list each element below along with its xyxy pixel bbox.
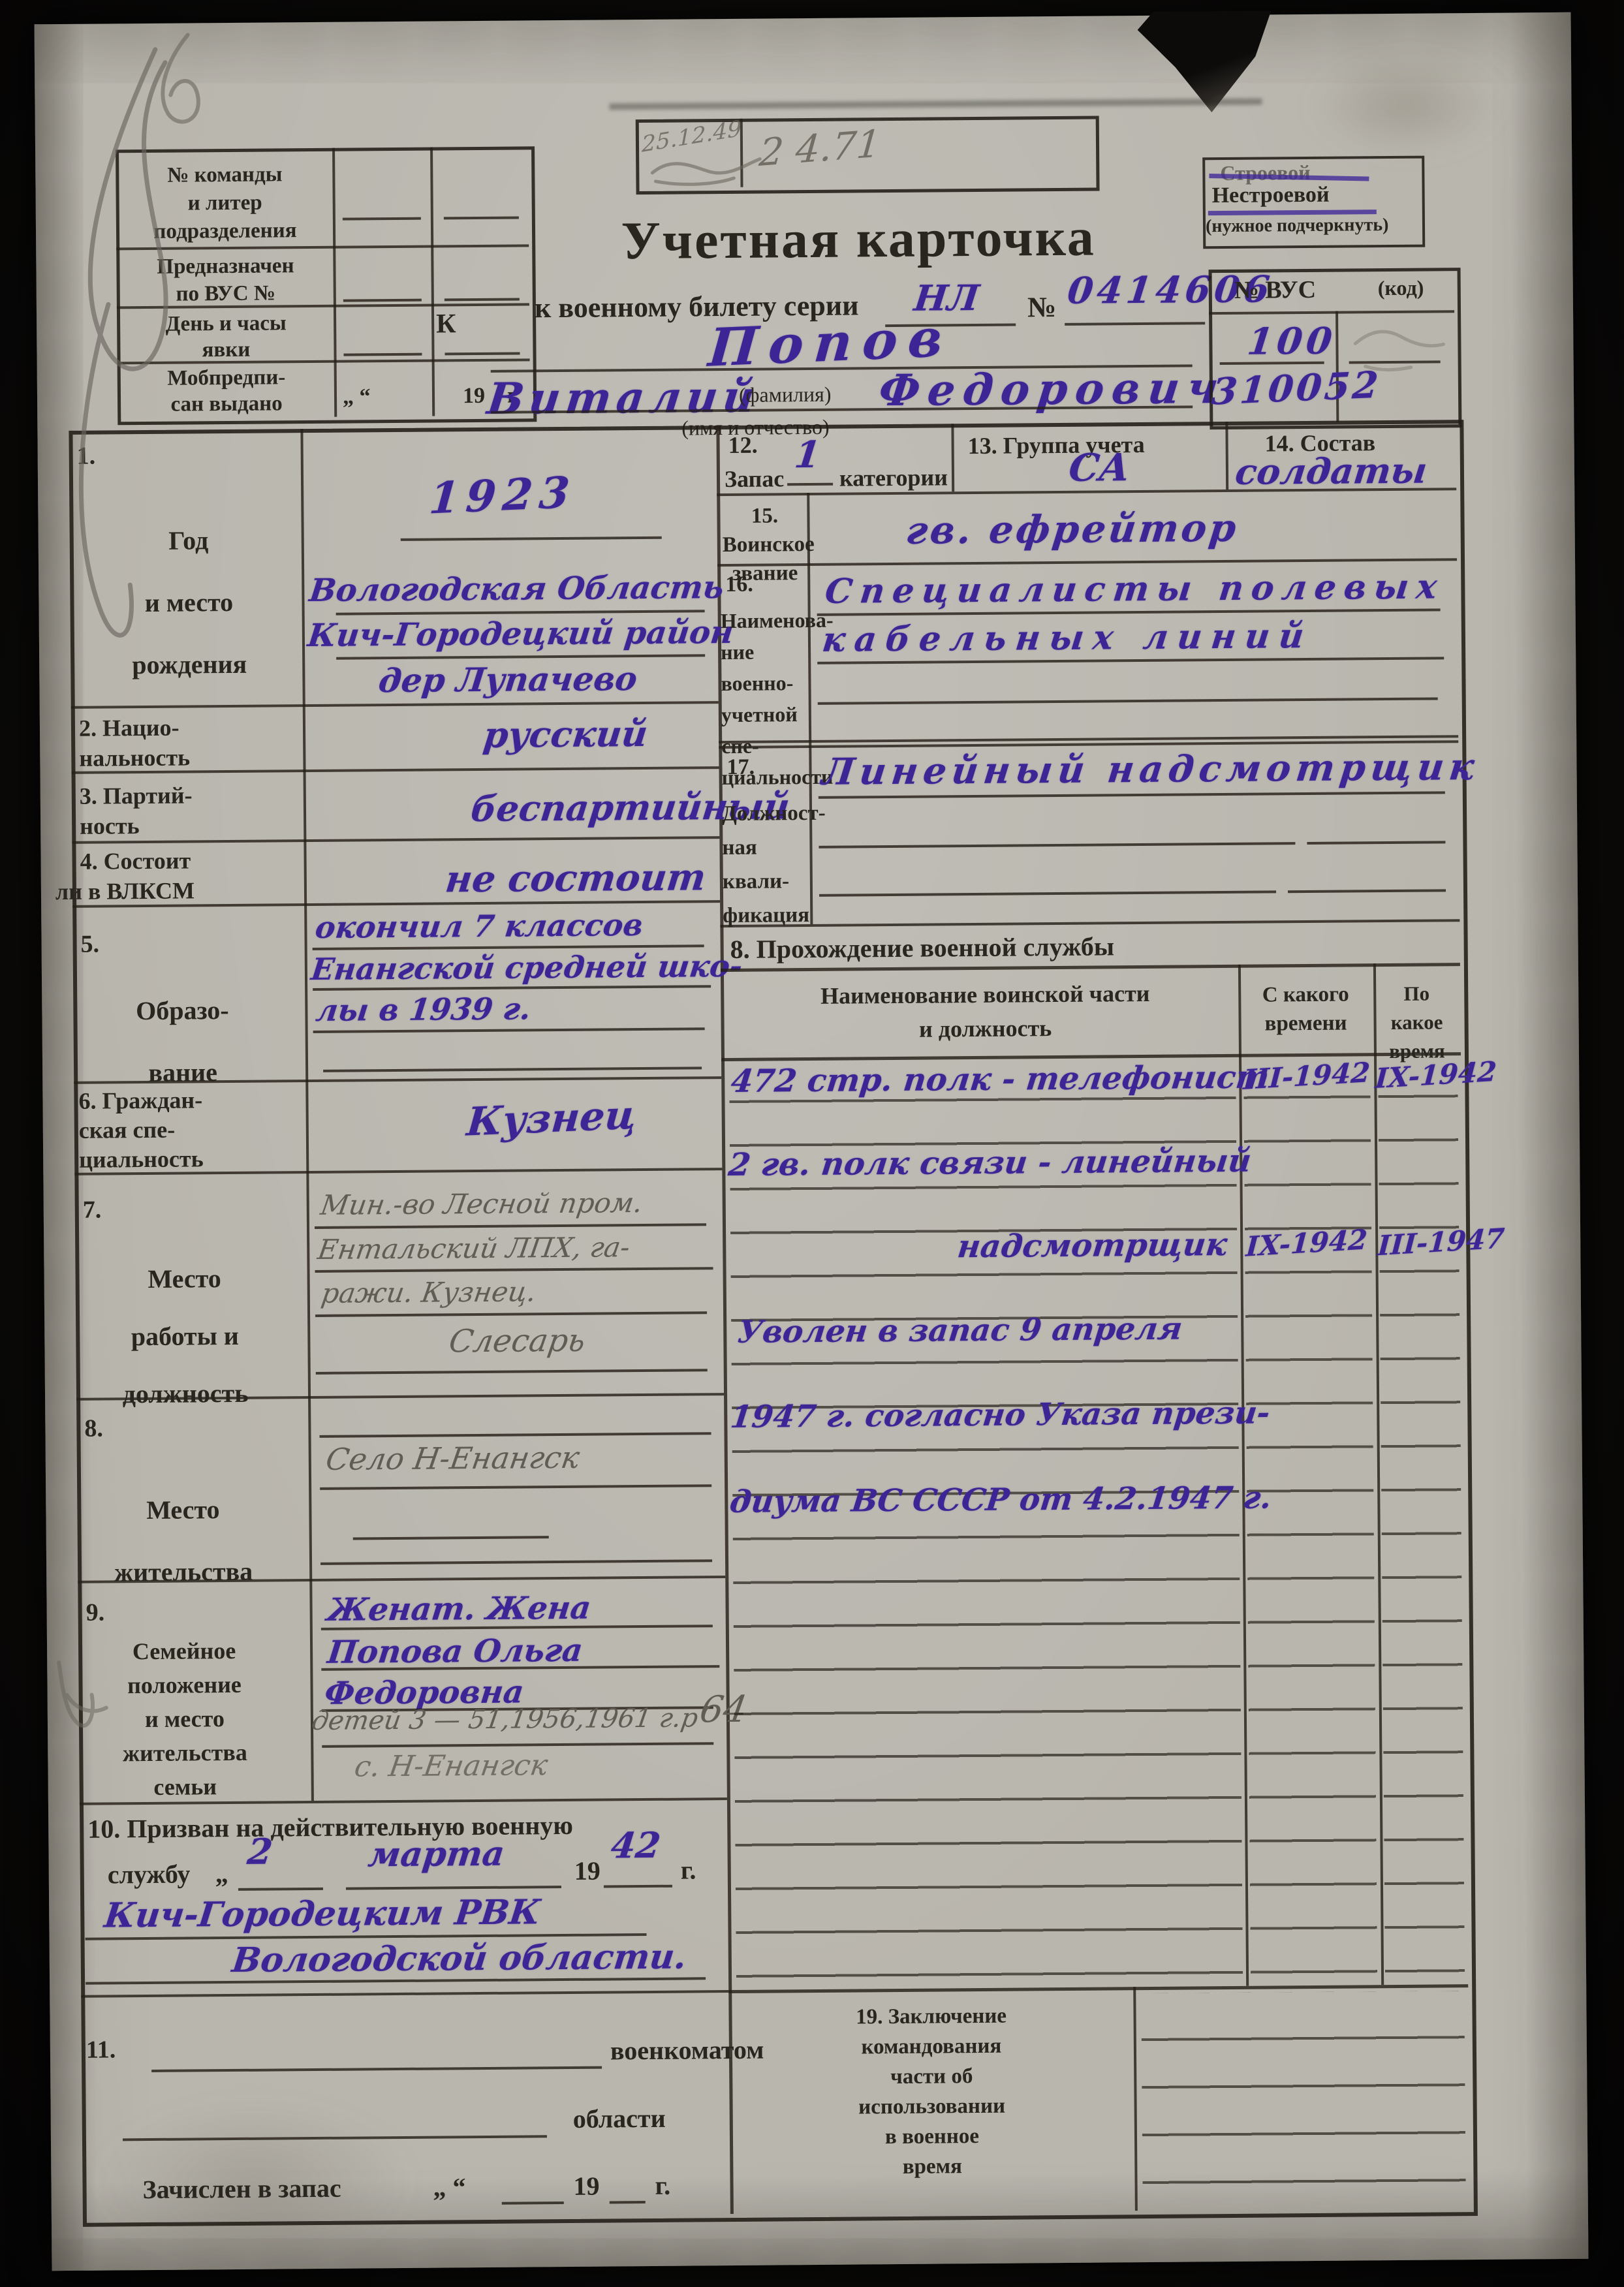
- ruled-line: [502, 2201, 564, 2205]
- s1-region: Вологодская Область: [307, 569, 726, 609]
- s1-label: Год и место рождения: [90, 508, 287, 696]
- s4-label-line1: 4. Состоит: [80, 847, 191, 875]
- s1-village: дер Лупачево: [377, 659, 639, 700]
- s11-g: г.: [655, 2170, 670, 2201]
- dispatch-row-label: № команды и литер подразделения: [120, 161, 330, 247]
- k-mark: К: [436, 308, 456, 339]
- s6-value: Кузнец: [465, 1093, 638, 1145]
- torn-corner: [1137, 10, 1272, 113]
- vus-value-100: 100: [1245, 320, 1338, 364]
- s17-value: Линейный надсмотрщик: [820, 745, 1482, 794]
- s10-g: г.: [681, 1854, 696, 1885]
- service-row-to: III-1947: [1377, 1222, 1505, 1262]
- s7-label: Место работы и должность: [83, 1249, 287, 1423]
- s1-year: 1923: [428, 467, 578, 524]
- s16-ink2: кабельных линий: [820, 616, 1315, 660]
- duty-line-stroyevoi: Строевой: [1220, 161, 1311, 185]
- surname-caption: (фамилия): [739, 382, 832, 407]
- s16-number: 16.: [725, 572, 753, 597]
- s6-label: 6. Граждан- ская спе- циальность: [78, 1085, 204, 1174]
- s12-kategorii: категории: [839, 463, 948, 491]
- s11-quote: „ “: [433, 2171, 465, 2202]
- ruled-area-from-column: [1243, 1054, 1377, 1982]
- s5-number: 5.: [80, 930, 99, 959]
- s11-number: 11.: [86, 2035, 116, 2064]
- s14-value: солдаты: [1233, 450, 1429, 493]
- service-row-name: надсмотрщик: [956, 1226, 1229, 1265]
- duty-caption: (нужное подчеркнуть): [1206, 215, 1389, 237]
- s13-value: СА: [1067, 445, 1132, 490]
- s8-label: Место жительства: [72, 1478, 294, 1604]
- s17-label: Должност- ная квали- фикация: [722, 796, 811, 933]
- s4-value: не состоит: [443, 856, 708, 901]
- s1-number: 1.: [77, 442, 96, 471]
- service-row-name: 2 гв. полк связи - линейный: [726, 1143, 1253, 1183]
- s10-quote: „: [215, 1858, 228, 1889]
- s10-month: марта: [366, 1834, 507, 1875]
- s2-value: русский: [481, 713, 649, 756]
- s7-line4: Слесарь: [446, 1322, 587, 1360]
- ruled-line: [610, 2201, 646, 2203]
- registration-card-page: № команды и литер подразделения Предназн…: [35, 12, 1589, 2271]
- vus-value-310052: 310052: [1210, 364, 1382, 414]
- photo-background: № команды и литер подразделения Предназн…: [0, 0, 1624, 2287]
- page-title: Учетная карточка: [584, 206, 1133, 272]
- s12-number: 12.: [728, 431, 757, 459]
- s15-value: гв. ефрейтор: [904, 506, 1241, 553]
- dispatch-row-label: Предназначен по ВУС №: [121, 252, 330, 309]
- s8-number: 8.: [84, 1414, 103, 1443]
- s7-line1: Мин.-во Лесной пром.: [319, 1187, 645, 1221]
- service-note-line2: 1947 г. согласно Указа прези-: [728, 1395, 1272, 1435]
- s9-label: Семейное положение и место жительства се…: [73, 1633, 296, 1805]
- service-heading: 8. Прохождение военной службы: [730, 931, 1114, 965]
- service-col2-header: С какого времени: [1241, 980, 1370, 1038]
- cell-divider: [951, 424, 954, 491]
- number-sign: №: [1027, 290, 1057, 324]
- s10-19: 19: [574, 1856, 601, 1886]
- s7-line3: ражи. Кузнец.: [319, 1275, 539, 1309]
- s10-year: 42: [609, 1824, 663, 1867]
- s4-label-line2: ли в ВЛКСМ: [55, 877, 195, 905]
- ruled-line: [604, 1885, 672, 1888]
- s9-pencil2: с. Н-Енангск: [352, 1749, 550, 1783]
- service-col1-header: Наименование воинской части и должность: [743, 976, 1227, 1048]
- pencil-scribble-six: [163, 35, 198, 121]
- s9-ink1: Женат. Жена: [325, 1590, 593, 1628]
- ruled-line: [787, 483, 833, 486]
- s9-ink2: Попова Ольга: [326, 1632, 585, 1671]
- number-slot: [1065, 322, 1205, 326]
- s5-line1: окончил 7 классов: [313, 907, 645, 945]
- s11-word3: Зачислен в запас: [142, 2173, 341, 2205]
- service-row-name: 472 стр. полк - телефонист: [729, 1059, 1271, 1100]
- service-row-to: IX-1942: [1374, 1055, 1497, 1095]
- s5-line2: Енангской средней шко-: [309, 948, 745, 987]
- s10-day: 2: [245, 1830, 275, 1872]
- duty-line-nestroyevoi: Нестроевой: [1211, 183, 1329, 208]
- s12-zapas: Запас: [725, 465, 785, 493]
- s10-ink2: Вологодской области.: [230, 1937, 688, 1981]
- s9-pencil1: детей 3 — 51,1956,1961 г.р: [309, 1703, 700, 1736]
- s2-label: 2. Нацио- нальность: [79, 712, 190, 773]
- vus-title: № ВУС: [1234, 275, 1317, 305]
- s17-number: 17.: [726, 755, 755, 780]
- s11-19: 19: [573, 2171, 599, 2201]
- ruled-area-name-column: [729, 1055, 1243, 1986]
- dispatch-row-label: Мобпредпи- сан выдано: [122, 364, 332, 418]
- service-col3-header: По какое время: [1375, 979, 1458, 1066]
- s16-ink1: Специалисты полевых: [823, 567, 1447, 612]
- s9-number: 9.: [86, 1598, 104, 1627]
- s7-number: 7.: [83, 1196, 102, 1224]
- s10-ink1: Кич-Городецким РВК: [102, 1892, 542, 1935]
- ruled-area-s19: [1141, 1991, 1466, 2207]
- s19-label: 19. Заключение командования части об исп…: [738, 2000, 1125, 2183]
- s12-category-value: 1: [792, 433, 823, 476]
- dispatch-row-label: День и часы явки: [121, 310, 331, 364]
- s3-label: 3. Партий- ность: [80, 780, 193, 841]
- paper-stain: [1307, 52, 1504, 158]
- service-note-line3: диума ВС СССР от 4.2.1947 г.: [728, 1480, 1273, 1520]
- year-19-label: 19: [463, 384, 485, 409]
- quote-mark: „ “: [343, 384, 371, 409]
- cell-divider: [1225, 422, 1228, 490]
- service-note-line1: Уволен в запас 9 апреля: [736, 1311, 1184, 1350]
- s10-word: службу: [108, 1859, 191, 1890]
- s7-line2: Ентальский ЛПХ, га-: [316, 1231, 632, 1266]
- s5-line3: лы в 1939 г.: [314, 991, 533, 1028]
- paper-crease: [609, 99, 1262, 110]
- ruled-area-to-column: [1378, 1053, 1465, 1981]
- s1-district: Кич-Городецкий район: [306, 614, 736, 654]
- vus-code-label: (код): [1378, 276, 1424, 301]
- s11-word2: области: [573, 2103, 666, 2134]
- s8-value: Село Н-Енангск: [324, 1440, 582, 1477]
